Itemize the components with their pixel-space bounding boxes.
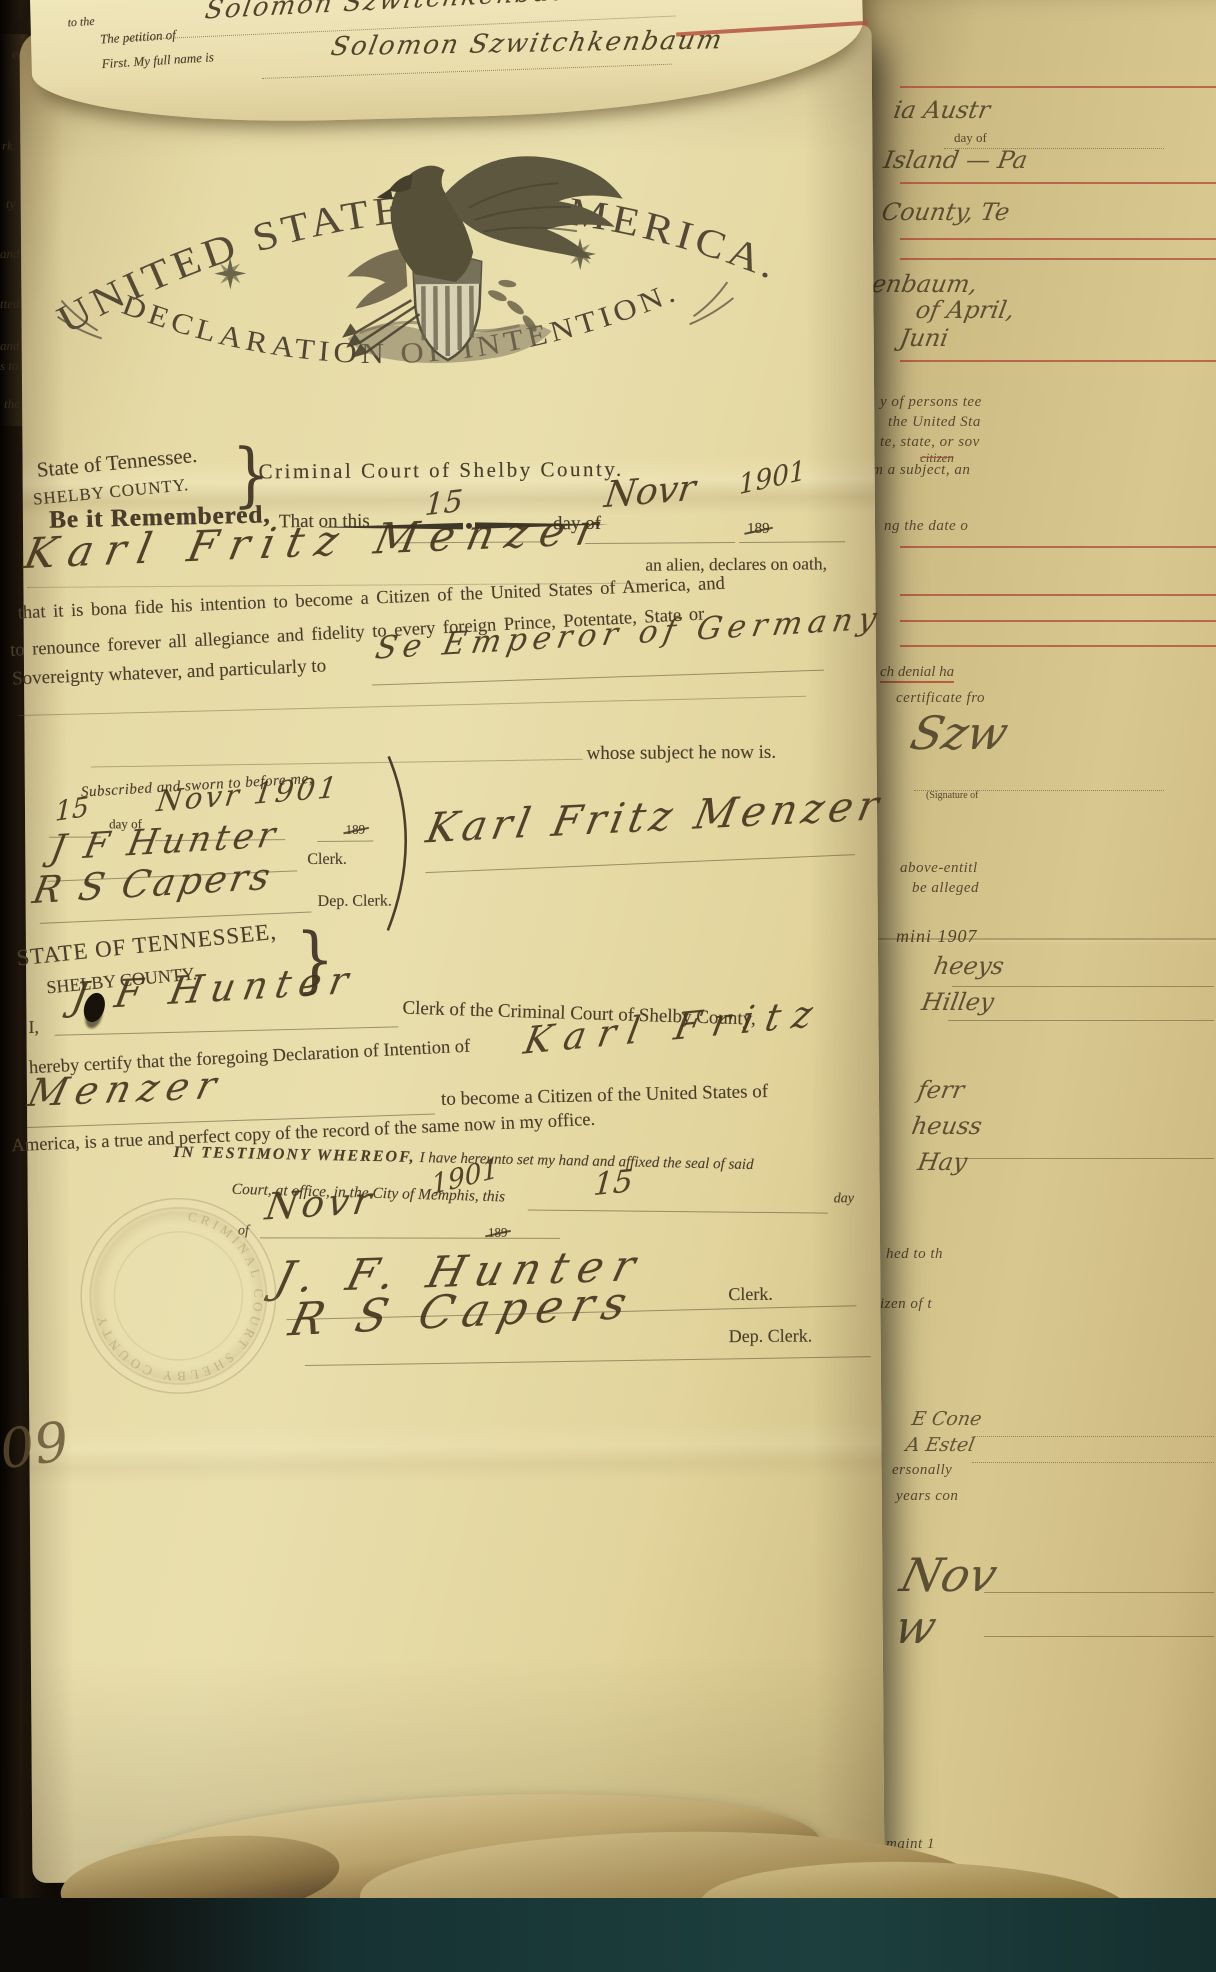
edge-text-fragment: s to <box>0 358 18 374</box>
edge-text-fragment: Island — Pa <box>882 146 1030 174</box>
edge-text-fragment: above-entitl <box>900 860 978 877</box>
subject-clause: whose subject he now is. <box>587 742 777 765</box>
edge-text-fragment: izen of t <box>880 1296 932 1313</box>
jurat-printed-year-struck: 189 <box>346 822 366 838</box>
edge-text-fragment: ersonally <box>892 1462 952 1479</box>
first-full-name-label: First. My full name is <box>101 49 214 72</box>
rule-line <box>317 841 373 843</box>
cert-state: STATE OF TENNESSEE, <box>15 919 278 972</box>
caption-court: Criminal Court of Shelby County. <box>259 457 624 485</box>
printed-year-struck: 189 <box>747 521 770 538</box>
jurat-deputy-title: Dep. Clerk. <box>318 892 392 911</box>
edge-text-fragment: rk. <box>2 138 16 154</box>
testimony-month-handwritten: Novr <box>262 1179 378 1229</box>
edge-text-fragment: (Signature of <box>926 790 979 801</box>
final-clerk-title: Clerk. <box>728 1284 773 1305</box>
final-deputy-title: Dep. Clerk. <box>729 1325 813 1347</box>
embossed-court-seal: CRIMINAL COURT SHELBY COUNTY <box>80 1197 277 1394</box>
cert-clerk-signature: J F Hunter <box>68 958 360 1019</box>
cert-declarant-first: Karl Fritz <box>520 991 827 1063</box>
jurat-day-handwritten: 15 <box>55 792 90 828</box>
alien-clause: an alien, declares on oath, <box>645 553 827 575</box>
edge-text-fragment: heeys <box>932 952 1007 980</box>
oath-body-line3: Sovereignty whatever, and particularly t… <box>12 655 327 690</box>
edge-text-fragment: ia Austr <box>892 96 993 124</box>
i-label: I, <box>28 1017 39 1038</box>
edge-text-fragment: m a subject, an <box>872 462 970 479</box>
edge-text-fragment: certificate fro <box>896 690 985 707</box>
edge-text-fragment: tted <box>0 296 20 312</box>
edge-text-fragment: Juni <box>898 324 951 352</box>
right-page-fragments: ia Austrday ofIsland — PaCounty, Teenbau… <box>856 0 1216 1946</box>
underlying-right-page: ia Austrday ofIsland — PaCounty, Teenbau… <box>856 0 1216 1946</box>
edge-text-fragment: Szw <box>905 706 1014 760</box>
edge-text-fragment: day of <box>954 130 987 146</box>
rule-line <box>585 542 735 544</box>
edge-text-fragment: ferr <box>916 1076 967 1104</box>
rule-line <box>18 696 806 717</box>
rule-line <box>372 670 824 686</box>
jurat-month-year-handwritten: Novr 1901 <box>155 770 342 819</box>
edge-text-fragment: County, Te <box>880 198 1012 226</box>
edge-text-fragment: w <box>889 1600 942 1654</box>
table-surface <box>0 1898 1216 1972</box>
testimony-day-handwritten: 15 <box>592 1163 634 1203</box>
seal-ring-text: CRIMINAL COURT SHELBY COUNTY <box>80 1197 277 1394</box>
edge-text-fragment: and <box>0 246 20 262</box>
rule-line <box>262 64 672 79</box>
full-name-handwritten: Solomon Szwitchkenbaum <box>328 25 726 62</box>
edge-text-fragment: of April, <box>914 296 1017 324</box>
edge-text-fragment: hed to th <box>886 1246 943 1263</box>
declaration-of-intention-page: UNITED STATES OF AMERICA. DECLARATION OF… <box>20 25 885 1883</box>
photographed-record-book: ia Austrday ofIsland — PaCounty, Teenbau… <box>0 0 1216 1972</box>
month-handwritten: Novr <box>602 468 698 517</box>
edge-text-fragment: the <box>4 396 20 412</box>
cert-declarant-last: Menzer <box>24 1063 229 1116</box>
edge-text-fragment: enbaum, <box>870 270 980 298</box>
day-label: day <box>834 1191 854 1207</box>
rule-line <box>528 1209 828 1214</box>
document-header-art: UNITED STATES OF AMERICA. DECLARATION OF… <box>30 89 853 495</box>
rule-line <box>739 541 845 543</box>
rule-line <box>305 1356 871 1366</box>
edge-text-fragment: Hilley <box>920 988 997 1016</box>
edge-text-fragment: E Cone <box>910 1408 983 1430</box>
edge-text-fragment: y of persons tee <box>880 394 982 411</box>
certify-line2: to become a Citizen of the United States… <box>441 1081 769 1111</box>
edge-text-fragment: te, state, or sov <box>880 434 980 451</box>
edge-text-fragment: be alleged <box>912 880 979 897</box>
rule-line <box>55 1026 399 1036</box>
edge-text-fragment: Hay <box>916 1148 970 1176</box>
edge-text-fragment: ch denial ha <box>880 664 954 683</box>
page-number-handwritten: 09 <box>0 1410 73 1482</box>
rule-line <box>425 854 855 873</box>
edge-text-fragment: mini 1907 <box>896 926 978 947</box>
to-the-label: to the <box>67 14 95 31</box>
edge-text-fragment: ng the date o <box>884 518 968 535</box>
in-testimony-whereof: IN TESTIMONY WHEREOF, <box>173 1144 416 1166</box>
edge-text-fragment: Nov <box>895 1548 1002 1602</box>
jurat-clerk-title: Clerk. <box>307 851 347 869</box>
edge-text-fragment: and <box>0 338 20 354</box>
edge-text-fragment: ty <box>6 196 15 212</box>
rule-line <box>91 759 583 768</box>
declarant-signature: Karl Fritz Menzer <box>422 781 887 853</box>
rule-line <box>260 1237 560 1239</box>
edge-text-fragment: years con <box>896 1488 958 1505</box>
edge-text-fragment: A Estel <box>904 1434 976 1456</box>
edge-text-fragment: the United Sta <box>888 414 981 431</box>
paper-crease <box>29 1420 881 1484</box>
edge-text-fragment: heuss <box>910 1112 985 1140</box>
